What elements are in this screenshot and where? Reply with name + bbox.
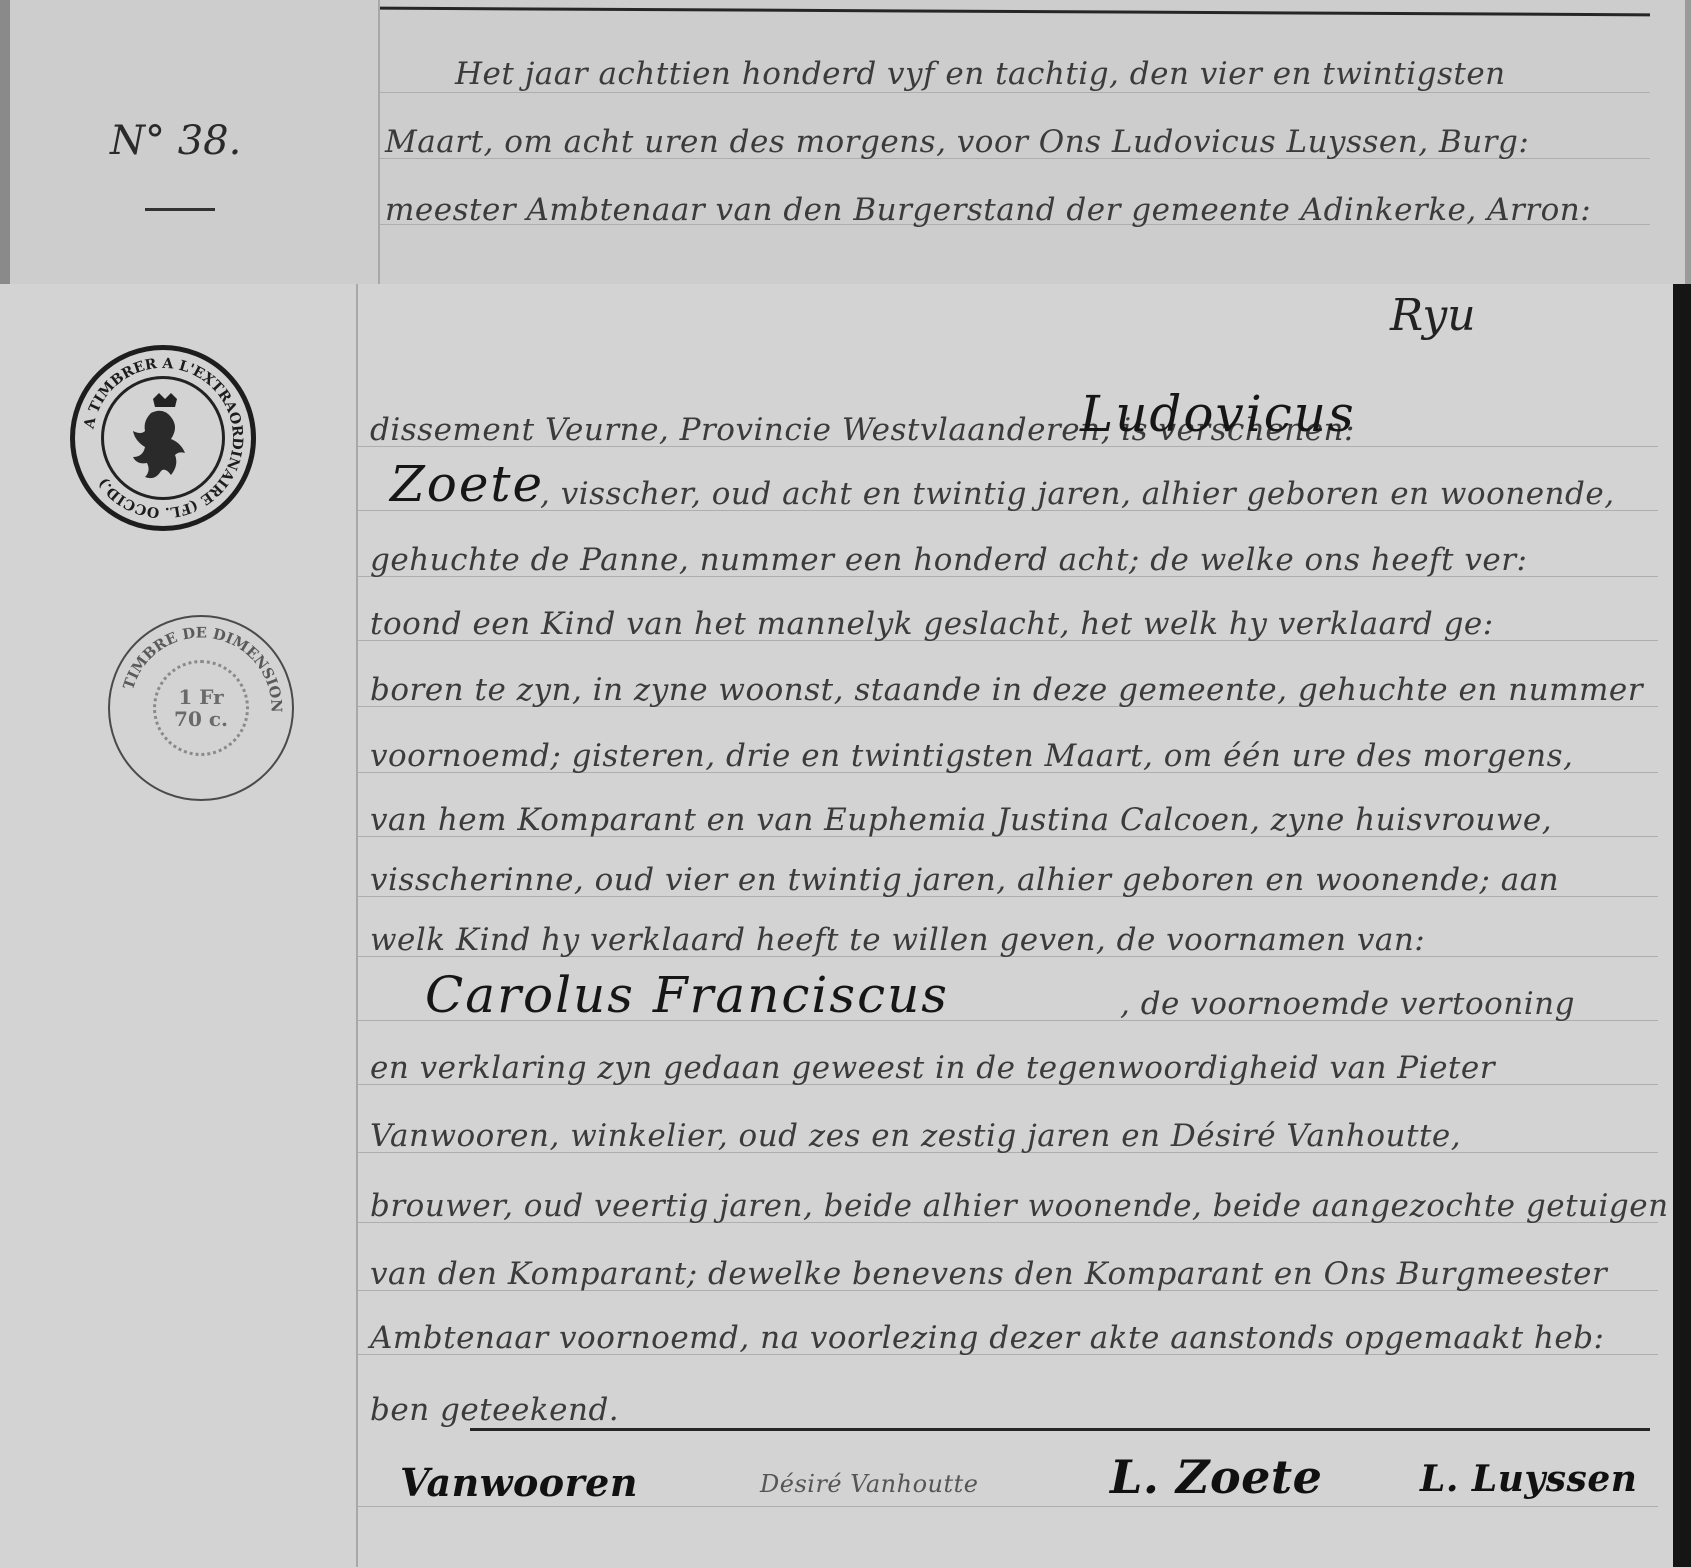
binding-shadow bbox=[1673, 284, 1691, 1567]
text-line: Vanwooren, winkelier, oud zes en zestig … bbox=[370, 1118, 1461, 1154]
text-line: gehuchte de Panne, nummer een honderd ac… bbox=[370, 542, 1527, 578]
text-line: Ambtenaar voornoemd, na voorlezing dezer… bbox=[370, 1320, 1605, 1356]
entry-underline bbox=[145, 208, 215, 211]
svg-text:TIMBRE DE DIMENSION: TIMBRE DE DIMENSION bbox=[120, 625, 284, 713]
given-name-father: Ludovicus bbox=[1080, 385, 1356, 443]
surname-father: Zoete bbox=[390, 455, 544, 513]
svg-text:A TIMBRER A L'EXTRAORDINAIRE (: A TIMBRER A L'EXTRAORDINAIRE (FL. OCCID.… bbox=[81, 356, 245, 520]
text-line: en verklaring zyn gedaan geweest in de t… bbox=[370, 1050, 1495, 1086]
text-line: , de voornoemde vertooning bbox=[1120, 986, 1575, 1022]
margin-line bbox=[378, 0, 380, 284]
closing-rule bbox=[470, 1428, 1650, 1431]
text-line: , visscher, oud acht en twintig jaren, a… bbox=[540, 476, 1615, 512]
text-line: meester Ambtenaar van den Burgerstand de… bbox=[385, 192, 1591, 228]
text-line: brouwer, oud veertig jaren, beide alhier… bbox=[370, 1188, 1669, 1224]
text-line: toond een Kind van het mannelyk geslacht… bbox=[370, 606, 1494, 642]
text-line: Maart, om acht uren des morgens, voor On… bbox=[385, 124, 1529, 160]
signature-witness-2: Désiré Vanhoutte bbox=[760, 1470, 979, 1498]
entry-number: N° 38. bbox=[110, 118, 241, 164]
signature-declarant: L. Zoete bbox=[1110, 1450, 1322, 1504]
stamp-ring-text: TIMBRE DE DIMENSION bbox=[110, 617, 292, 799]
signature-witness-1: Vanwooren bbox=[400, 1460, 638, 1505]
text-line: van hem Komparant en van Euphemia Justin… bbox=[370, 802, 1552, 838]
signature-mayor: L. Luyssen bbox=[1420, 1458, 1637, 1500]
text-line: van den Komparant; dewelke benevens den … bbox=[370, 1256, 1607, 1292]
ruled-line bbox=[358, 1506, 1658, 1507]
child-given-names: Carolus Franciscus bbox=[425, 966, 949, 1024]
text-line: ben geteekend. bbox=[370, 1392, 619, 1428]
dimension-stamp: TIMBRE DE DIMENSION 1 Fr 70 c. bbox=[108, 615, 294, 801]
text-line: Het jaar achttien honderd vyf en tachtig… bbox=[455, 56, 1506, 92]
text-line: welk Kind hy verklaard heeft te willen g… bbox=[370, 922, 1425, 958]
page-edge bbox=[1685, 0, 1691, 284]
text-line: boren te zyn, in zyne woonst, staande in… bbox=[370, 672, 1643, 708]
margin-line bbox=[356, 284, 358, 1567]
extraordinary-stamp: A TIMBRER A L'EXTRAORDINAIRE (FL. OCCID.… bbox=[70, 345, 256, 531]
ruled-line bbox=[380, 92, 1650, 93]
margin-annotation: Ryu bbox=[1390, 290, 1476, 341]
text-line: visscherinne, oud vier en twintig jaren,… bbox=[370, 862, 1559, 898]
stamp-ring-text: A TIMBRER A L'EXTRAORDINAIRE (FL. OCCID.… bbox=[75, 350, 251, 526]
text-line: voornoemd; gisteren, drie en twintigsten… bbox=[370, 738, 1573, 774]
